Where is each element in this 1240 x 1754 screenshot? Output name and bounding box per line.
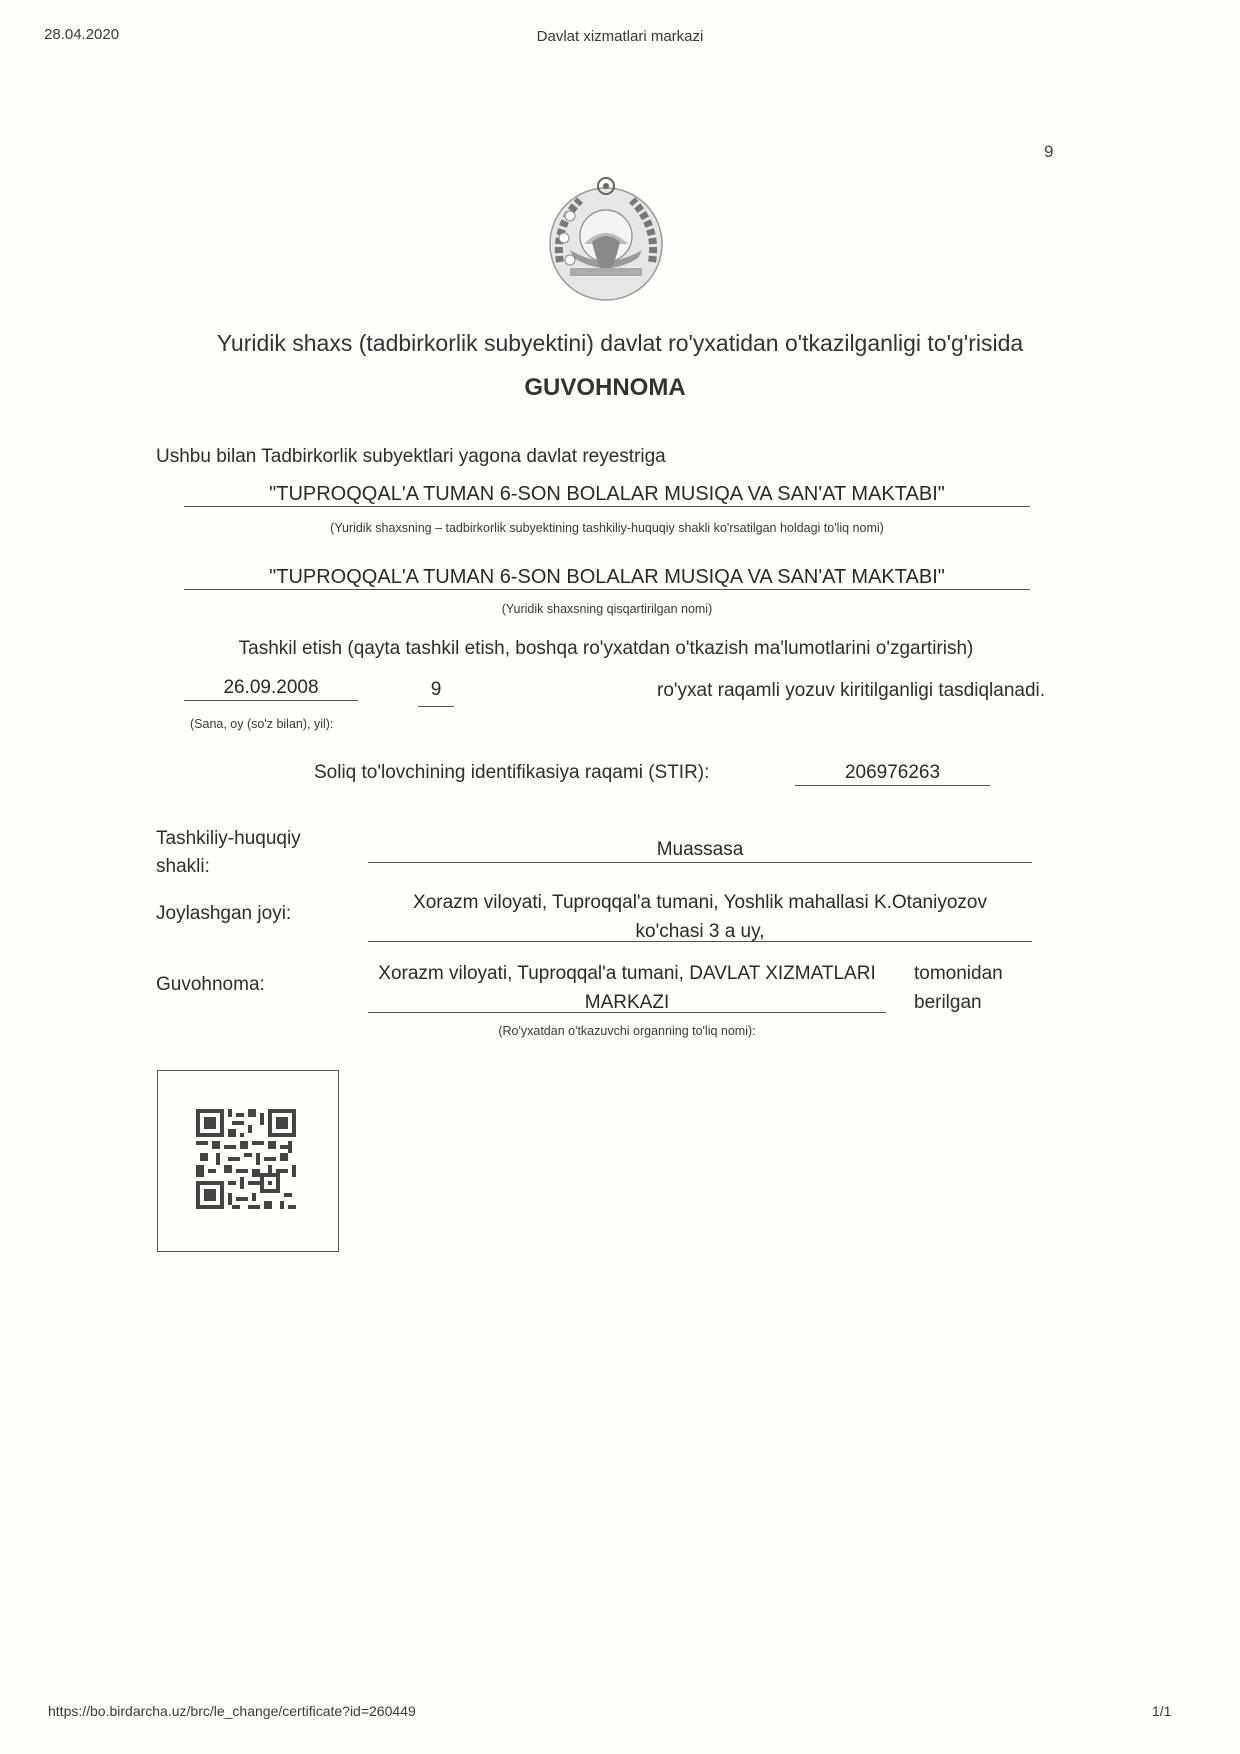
short-name-caption: (Yuridik shaxsning qisqartirilgan nomi) bbox=[184, 602, 1030, 616]
issued-by-line2: berilgan bbox=[914, 988, 1003, 1017]
record-underline bbox=[418, 706, 454, 707]
date-caption: (Sana, oy (so'z bilan), yil): bbox=[190, 717, 333, 731]
issued-by-text: tomonidan berilgan bbox=[914, 959, 1003, 1017]
state-emblem-icon bbox=[540, 172, 672, 304]
page-count: 1/1 bbox=[1152, 1703, 1171, 1719]
location-value: Xorazm viloyati, Tuproqqal'a tumani, Yos… bbox=[368, 888, 1032, 946]
full-name-caption: (Yuridik shaxsning – tadbirkorlik subyek… bbox=[184, 521, 1030, 535]
legal-form-label: Tashkiliy-huquqiy shakli: bbox=[156, 825, 301, 881]
location-underline bbox=[368, 941, 1032, 942]
intro-text: Ushbu bilan Tadbirkorlik subyektlari yag… bbox=[156, 446, 666, 468]
document-subtitle: Yuridik shaxs (tadbirkorlik subyektini) … bbox=[0, 330, 1240, 357]
legal-form-value: Muassasa bbox=[368, 839, 1032, 861]
page-mark: 9 bbox=[1044, 142, 1053, 162]
issuer-caption: (Ro'yxatdan o'tkazuvchi organning to'liq… bbox=[368, 1024, 886, 1038]
stir-underline bbox=[795, 785, 990, 786]
registration-date: 26.09.2008 bbox=[184, 677, 358, 699]
record-number: 9 bbox=[418, 679, 454, 701]
location-label: Joylashgan joyi: bbox=[156, 903, 291, 925]
qr-code-icon bbox=[196, 1109, 296, 1209]
stir-label: Soliq to'lovchining identifikasiya raqam… bbox=[314, 762, 709, 784]
full-name-underline bbox=[184, 506, 1030, 507]
registration-action: Tashkil etish (qayta tashkil etish, bosh… bbox=[0, 638, 1212, 660]
full-name-value: "TUPROQQAL'A TUMAN 6-SON BOLALAR MUSIQA … bbox=[184, 483, 1030, 506]
issuer-underline bbox=[368, 1012, 886, 1013]
record-confirm-text: ro'yxat raqamli yozuv kiritilganligi tas… bbox=[657, 680, 1045, 702]
short-name-value: "TUPROQQAL'A TUMAN 6-SON BOLALAR MUSIQA … bbox=[184, 566, 1030, 589]
stir-value: 206976263 bbox=[795, 762, 990, 784]
legal-form-underline bbox=[368, 862, 1032, 863]
date-underline bbox=[184, 700, 358, 701]
source-url: https://bo.birdarcha.uz/brc/le_change/ce… bbox=[48, 1703, 416, 1719]
legal-form-label-line1: Tashkiliy-huquqiy bbox=[156, 825, 301, 853]
print-header-title: Davlat xizmatlari markazi bbox=[420, 28, 820, 45]
issuer-value: Xorazm viloyati, Tuproqqal'a tumani, DAV… bbox=[368, 959, 886, 1017]
qr-code-frame bbox=[157, 1070, 339, 1252]
issued-by-line1: tomonidan bbox=[914, 959, 1003, 988]
print-date: 28.04.2020 bbox=[44, 26, 119, 43]
document-title: GUVOHNOMA bbox=[0, 374, 1210, 402]
issuer-value-line1: Xorazm viloyati, Tuproqqal'a tumani, DAV… bbox=[368, 959, 886, 988]
short-name-underline bbox=[184, 589, 1030, 590]
certificate-label: Guvohnoma: bbox=[156, 974, 265, 996]
location-value-line1: Xorazm viloyati, Tuproqqal'a tumani, Yos… bbox=[368, 888, 1032, 917]
legal-form-label-line2: shakli: bbox=[156, 853, 301, 881]
